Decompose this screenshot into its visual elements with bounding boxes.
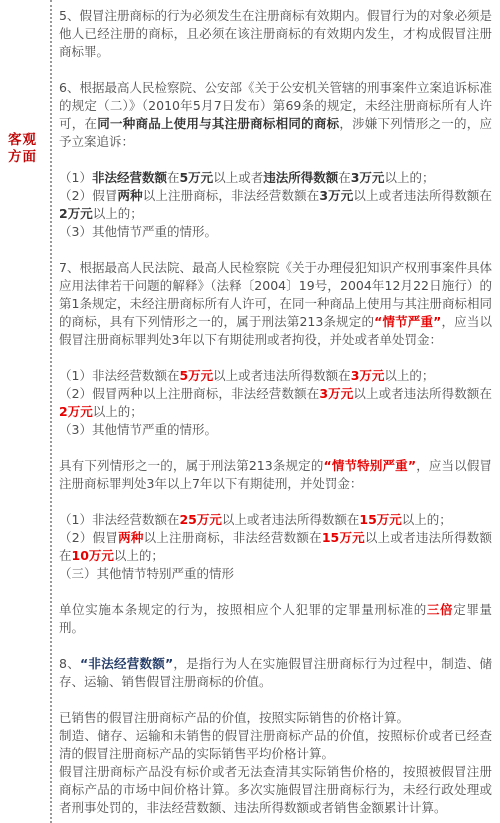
text-line: （1）非法经营数额在5万元以上或者违法所得数额在3万元以上的； bbox=[59, 367, 492, 385]
highlighted-text: 15万元 bbox=[322, 530, 365, 545]
text-line: （1）非法经营数额在5万元以上或者违法所得数额在3万元以上的； bbox=[59, 169, 492, 187]
body-text: 以上的； bbox=[114, 548, 164, 563]
highlighted-text: 三倍 bbox=[427, 602, 453, 617]
body-text: 在 bbox=[167, 170, 180, 185]
body-text: 以上或者违法所得数额在 bbox=[222, 512, 360, 527]
emphasized-text: 2万元 bbox=[59, 206, 93, 221]
text-line: 7、根据最高人民法院、最高人民检察院《关于办理侵犯知识产权刑事案件具体应用法律若… bbox=[59, 259, 492, 349]
body-text: 在 bbox=[338, 170, 351, 185]
emphasized-text: 3万元 bbox=[351, 170, 385, 185]
body-text: （3）其他情节严重的情形。 bbox=[59, 224, 217, 239]
emphasized-text: 非法经营数额 bbox=[92, 170, 167, 185]
paragraph-block: 7、根据最高人民法院、最高人民检察院《关于办理侵犯知识产权刑事案件具体应用法律若… bbox=[59, 259, 492, 349]
paragraph-block: 6、根据最高人民检察院、公安部《关于公安机关管辖的刑事案件立案追诉标准的规定（二… bbox=[59, 79, 492, 151]
body-text: （三）其他情节特别严重的情形 bbox=[59, 566, 234, 581]
highlighted-text: 3万元 bbox=[351, 368, 385, 383]
body-text: 已销售的假冒注册商标产品的价值，按照实际销售的价格计算。 bbox=[59, 710, 409, 725]
body-text: （1） bbox=[59, 170, 92, 185]
legal-article-page: 客观方面 5、假冒注册商标的行为必须发生在注册商标有效期内。假冒行为的对象必须是… bbox=[0, 0, 500, 823]
text-line: 5、假冒注册商标的行为必须发生在注册商标有效期内。假冒行为的对象必须是他人已经注… bbox=[59, 7, 492, 61]
highlighted-text: 25万元 bbox=[179, 512, 221, 527]
text-line: （3）其他情节严重的情形。 bbox=[59, 223, 492, 241]
body-text: 以上的； bbox=[402, 512, 452, 527]
text-line: （2）假冒两种以上注册商标，非法经营数额在3万元以上或者违法所得数额在2万元以上… bbox=[59, 187, 492, 223]
body-text: 以上的； bbox=[384, 368, 434, 383]
body-text: （1）非法经营数额在 bbox=[59, 368, 179, 383]
paragraph-block: 单位实施本条规定的行为，按照相应个人犯罪的定罪量刑标准的三倍定罪量刑。 bbox=[59, 601, 492, 637]
body-text: 以上或者违法所得数额在 bbox=[213, 368, 351, 383]
highlighted-text: “非法经营数额” bbox=[80, 656, 173, 671]
body-text: 以上或者违法所得数额在 bbox=[353, 188, 492, 203]
body-text: （2）假冒两种以上注册商标，非法经营数额在 bbox=[59, 386, 319, 401]
paragraph-block: 8、“非法经营数额”，是指行为人在实施假冒注册商标行为过程中，制造、储存、运输、… bbox=[59, 655, 492, 691]
text-line: 单位实施本条规定的行为，按照相应个人犯罪的定罪量刑标准的三倍定罪量刑。 bbox=[59, 601, 492, 637]
body-text: 以上或者违法所得数额在 bbox=[353, 386, 492, 401]
paragraph-block: （1）非法经营数额在5万元以上或者违法所得数额在3万元以上的；（2）假冒两种以上… bbox=[59, 169, 492, 241]
paragraph-block: 已销售的假冒注册商标产品的价值，按照实际销售的价格计算。制造、储存、运输和未销售… bbox=[59, 709, 492, 817]
highlighted-text: 5万元 bbox=[179, 368, 213, 383]
highlighted-text: “情节特别严重” bbox=[324, 458, 417, 473]
text-line: （2）假冒两种以上注册商标，非法经营数额在15万元以上或者违法所得数额在10万元… bbox=[59, 529, 492, 565]
body-text: （3）其他情节严重的情形。 bbox=[59, 422, 217, 437]
body-text: 假冒注册商标产品没有标价或者无法查清其实际销售价格的，按照被假冒注册商标产品的市… bbox=[59, 764, 492, 815]
highlighted-text: “情节严重” bbox=[374, 314, 441, 329]
body-text: 8、 bbox=[59, 656, 80, 671]
emphasized-text: 3万元 bbox=[319, 188, 353, 203]
emphasized-text: 5万元 bbox=[179, 170, 213, 185]
body-text: 单位实施本条规定的行为，按照相应个人犯罪的定罪量刑标准的 bbox=[59, 602, 427, 617]
body-text: 以上的； bbox=[384, 170, 434, 185]
body-text: （2）假冒 bbox=[59, 530, 118, 545]
highlighted-text: 10万元 bbox=[72, 548, 114, 563]
highlighted-text: 15万元 bbox=[359, 512, 401, 527]
body-text: 以上的； bbox=[93, 404, 143, 419]
body-text: 以上或者 bbox=[213, 170, 263, 185]
text-line: （1）非法经营数额在25万元以上或者违法所得数额在15万元以上的； bbox=[59, 511, 492, 529]
paragraph-block: （1）非法经营数额在25万元以上或者违法所得数额在15万元以上的；（2）假冒两种… bbox=[59, 511, 492, 583]
emphasized-text: 同一种商品上使用与其注册商标相同的商标 bbox=[97, 116, 339, 131]
text-line: （3）其他情节严重的情形。 bbox=[59, 421, 492, 439]
emphasized-text: 违法所得数额 bbox=[263, 170, 338, 185]
body-text: 制造、储存、运输和未销售的假冒注册商标产品的价值，按照标价或者已经查清的假冒注册… bbox=[59, 728, 492, 761]
text-line: 已销售的假冒注册商标产品的价值，按照实际销售的价格计算。 bbox=[59, 709, 492, 727]
body-text: 5、假冒注册商标的行为必须发生在注册商标有效期内。假冒行为的对象必须是他人已经注… bbox=[59, 8, 492, 59]
text-line: （三）其他情节特别严重的情形 bbox=[59, 565, 492, 583]
paragraph-block: （1）非法经营数额在5万元以上或者违法所得数额在3万元以上的；（2）假冒两种以上… bbox=[59, 367, 492, 439]
body-text: （1）非法经营数额在 bbox=[59, 512, 179, 527]
text-line: （2）假冒两种以上注册商标，非法经营数额在3万元以上或者违法所得数额在2万元以上… bbox=[59, 385, 492, 421]
text-line: 6、根据最高人民检察院、公安部《关于公安机关管辖的刑事案件立案追诉标准的规定（二… bbox=[59, 79, 492, 151]
highlighted-text: 两种 bbox=[118, 530, 143, 545]
text-line: 8、“非法经营数额”，是指行为人在实施假冒注册商标行为过程中，制造、储存、运输、… bbox=[59, 655, 492, 691]
text-line: 制造、储存、运输和未销售的假冒注册商标产品的价值，按照标价或者已经查清的假冒注册… bbox=[59, 727, 492, 763]
emphasized-text: 两种 bbox=[118, 188, 143, 203]
body-text: 以上的； bbox=[93, 206, 143, 221]
section-label-objective-aspect: 客观方面 bbox=[8, 132, 46, 166]
body-text: 以上注册商标，非法经营数额在 bbox=[143, 188, 320, 203]
body-text: 具有下列情形之一的，属于刑法第213条规定的 bbox=[59, 458, 324, 473]
article-content: 5、假冒注册商标的行为必须发生在注册商标有效期内。假冒行为的对象必须是他人已经注… bbox=[50, 0, 500, 823]
paragraph-block: 5、假冒注册商标的行为必须发生在注册商标有效期内。假冒行为的对象必须是他人已经注… bbox=[59, 7, 492, 61]
body-text: 以上注册商标，非法经营数额在 bbox=[144, 530, 322, 545]
highlighted-text: 3万元 bbox=[319, 386, 353, 401]
text-line: 具有下列情形之一的，属于刑法第213条规定的“情节特别严重”，应当以假冒注册商标… bbox=[59, 457, 492, 493]
highlighted-text: 2万元 bbox=[59, 404, 93, 419]
body-text: （2）假冒 bbox=[59, 188, 118, 203]
paragraph-block: 具有下列情形之一的，属于刑法第213条规定的“情节特别严重”，应当以假冒注册商标… bbox=[59, 457, 492, 493]
text-line: 假冒注册商标产品没有标价或者无法查清其实际销售价格的，按照被假冒注册商标产品的市… bbox=[59, 763, 492, 817]
